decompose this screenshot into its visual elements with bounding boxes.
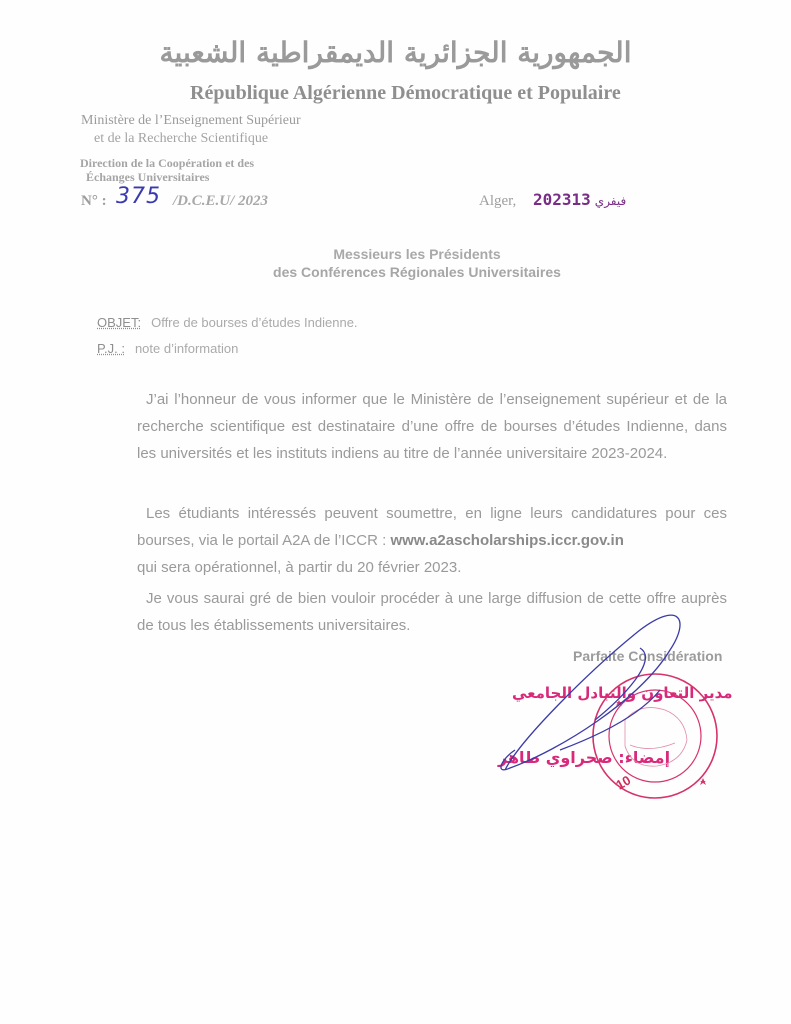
- attachment-line: P.J. :note d’information: [97, 341, 238, 356]
- signatory-title: مدير التعاون والتبادل الجامعي: [512, 684, 733, 702]
- arabic-republic-title: الجمهورية الجزائرية الديمقراطية الشعبية: [0, 36, 791, 69]
- recipient-line-1: Messieurs les Présidents: [0, 246, 791, 262]
- ministry-line-1: Ministère de l’Enseignement Supérieur: [81, 113, 301, 129]
- direction-line-1: Direction de la Coopération et des: [80, 156, 254, 171]
- letter-page: الجمهورية الجزائرية الديمقراطية الشعبية …: [0, 0, 791, 1024]
- paragraph-2-text: Les étudiants intéressés peuvent soumett…: [137, 500, 727, 581]
- closing-formula: Parfaite Considération: [573, 648, 722, 664]
- date-month: فيفري: [595, 194, 626, 208]
- date-stamp: 2023فيفري13: [533, 190, 630, 209]
- body-paragraph-1: J’ai l’honneur de vous informer que le M…: [137, 386, 727, 467]
- objet-text: Offre de bourses d’études Indienne.: [151, 315, 357, 330]
- subject-line: OBJET:Offre de bourses d’études Indienne…: [97, 315, 358, 330]
- reference-number-handwritten: 375: [116, 184, 161, 209]
- ministry-line-2: et de la Recherche Scientifique: [94, 131, 268, 147]
- paragraph-1-text: J’ai l’honneur de vous informer que le M…: [137, 386, 727, 467]
- recipient-line-2: des Conférences Régionales Universitaire…: [0, 264, 791, 280]
- direction-line-2: Échanges Universitaires: [86, 170, 209, 185]
- pj-text: note d’information: [135, 341, 238, 356]
- pj-label: P.J. :: [97, 341, 125, 356]
- french-republic-title: République Algérienne Démocratique et Po…: [190, 82, 621, 105]
- date-day: 13: [572, 190, 591, 209]
- reference-number-suffix: /D.C.E.U/ 2023: [173, 193, 268, 210]
- signatory-name: إمضاء: صحراوي طاهر: [498, 748, 670, 767]
- paragraph-2-outro: qui sera opérationnel, à partir du 20 fé…: [137, 559, 461, 576]
- place-label: Alger,: [479, 193, 516, 210]
- body-paragraph-3: Je vous saurai gré de bien vouloir procé…: [137, 585, 727, 639]
- date-year: 2023: [533, 190, 572, 209]
- scholarship-portal-url: www.a2ascholarships.iccr.gov.in: [390, 532, 623, 549]
- objet-label: OBJET:: [97, 315, 141, 330]
- reference-number-label: N° :: [81, 193, 107, 210]
- body-paragraph-2: Les étudiants intéressés peuvent soumett…: [137, 500, 727, 581]
- stamp-number: 10: [613, 772, 633, 792]
- paragraph-3-text: Je vous saurai gré de bien vouloir procé…: [137, 585, 727, 639]
